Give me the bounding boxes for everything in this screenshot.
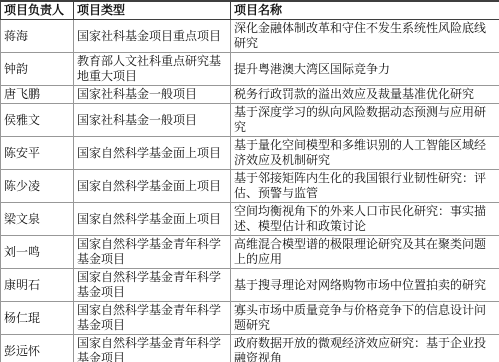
cell-type: 国家社科基金一般项目 — [74, 86, 231, 104]
cell-name: 基于量化空间模型和多维识别的人工智能区域经济效应及机制研究 — [231, 137, 499, 170]
cell-type: 国家自然科学基金青年科学基金项目 — [74, 302, 231, 335]
cell-leader: 侯雅文 — [1, 104, 74, 137]
table-row: 彭远怀 国家自然科学基金青年科学基金项目 政府数据开放的微观经济效应研究：基于企… — [1, 335, 499, 362]
column-header-name: 项目名称 — [231, 1, 499, 20]
projects-table: 项目负责人 项目类型 项目名称 蒋海 国家社科基金项目重点项目 深化金融体制改革… — [0, 0, 499, 362]
table-row: 刘一鸣 国家自然科学基金青年科学基金项目 高维混合模型谱的极限理论研究及其在聚类… — [1, 236, 499, 269]
header-row: 项目负责人 项目类型 项目名称 — [1, 1, 499, 20]
cell-type: 国家自然科学基金面上项目 — [74, 170, 231, 203]
cell-type: 国家社科基金项目重点项目 — [74, 20, 231, 53]
cell-type: 教育部人文社科重点研究基地重大项目 — [74, 53, 231, 86]
cell-type: 国家自然科学基金面上项目 — [74, 203, 231, 236]
cell-name: 基于邻接矩阵内生化的我国银行业韧性研究：评估、预警与监管 — [231, 170, 499, 203]
table-row: 陈少凌 国家自然科学基金面上项目 基于邻接矩阵内生化的我国银行业韧性研究：评估、… — [1, 170, 499, 203]
cell-leader: 陈少凌 — [1, 170, 74, 203]
cell-leader: 刘一鸣 — [1, 236, 74, 269]
cell-name: 深化金融体制改革和守住不发生系统性风险底线研究 — [231, 20, 499, 53]
table-row: 陈安平 国家自然科学基金面上项目 基于量化空间模型和多维识别的人工智能区域经济效… — [1, 137, 499, 170]
table-row: 钟韵 教育部人文社科重点研究基地重大项目 提升粤港澳大湾区国际竞争力 — [1, 53, 499, 86]
table-row: 杨仁琨 国家自然科学基金青年科学基金项目 寡头市场中质量竞争与价格竞争下的信息设… — [1, 302, 499, 335]
cell-name: 提升粤港澳大湾区国际竞争力 — [231, 53, 499, 86]
cell-type: 国家自然科学基金面上项目 — [74, 137, 231, 170]
cell-name: 寡头市场中质量竞争与价格竞争下的信息设计问题研究 — [231, 302, 499, 335]
cell-leader: 梁文泉 — [1, 203, 74, 236]
table-row: 蒋海 国家社科基金项目重点项目 深化金融体制改革和守住不发生系统性风险底线研究 — [1, 20, 499, 53]
cell-name: 高维混合模型谱的极限理论研究及其在聚类问题上的应用 — [231, 236, 499, 269]
column-header-leader: 项目负责人 — [1, 1, 74, 20]
cell-type: 国家自然科学基金青年科学基金项目 — [74, 335, 231, 362]
cell-leader: 杨仁琨 — [1, 302, 74, 335]
cell-leader: 陈安平 — [1, 137, 74, 170]
cell-leader: 唐飞鹏 — [1, 86, 74, 104]
cell-type: 国家自然科学基金青年科学基金项目 — [74, 269, 231, 302]
table-row: 侯雅文 国家社科基金一般项目 基于深度学习的纵向风险数据动态预测与应用研究 — [1, 104, 499, 137]
cell-name: 政府数据开放的微观经济效应研究：基于企业投融资视角 — [231, 335, 499, 362]
table-row: 梁文泉 国家自然科学基金面上项目 空间均衡视角下的外来人口市民化研究：事实描述、… — [1, 203, 499, 236]
cell-name: 基于搜寻理论对网络购物市场中位置拍卖的研究 — [231, 269, 499, 302]
cell-type: 国家自然科学基金青年科学基金项目 — [74, 236, 231, 269]
table-row: 唐飞鹏 国家社科基金一般项目 税务行政罚款的溢出效应及裁量基准优化研究 — [1, 86, 499, 104]
table-row: 康明石 国家自然科学基金青年科学基金项目 基于搜寻理论对网络购物市场中位置拍卖的… — [1, 269, 499, 302]
cell-name: 基于深度学习的纵向风险数据动态预测与应用研究 — [231, 104, 499, 137]
cell-type: 国家社科基金一般项目 — [74, 104, 231, 137]
cell-leader: 康明石 — [1, 269, 74, 302]
cell-name: 税务行政罚款的溢出效应及裁量基准优化研究 — [231, 86, 499, 104]
cell-leader: 彭远怀 — [1, 335, 74, 362]
cell-leader: 蒋海 — [1, 20, 74, 53]
column-header-type: 项目类型 — [74, 1, 231, 20]
cell-leader: 钟韵 — [1, 53, 74, 86]
cell-name: 空间均衡视角下的外来人口市民化研究：事实描述、模型估计和政策讨论 — [231, 203, 499, 236]
